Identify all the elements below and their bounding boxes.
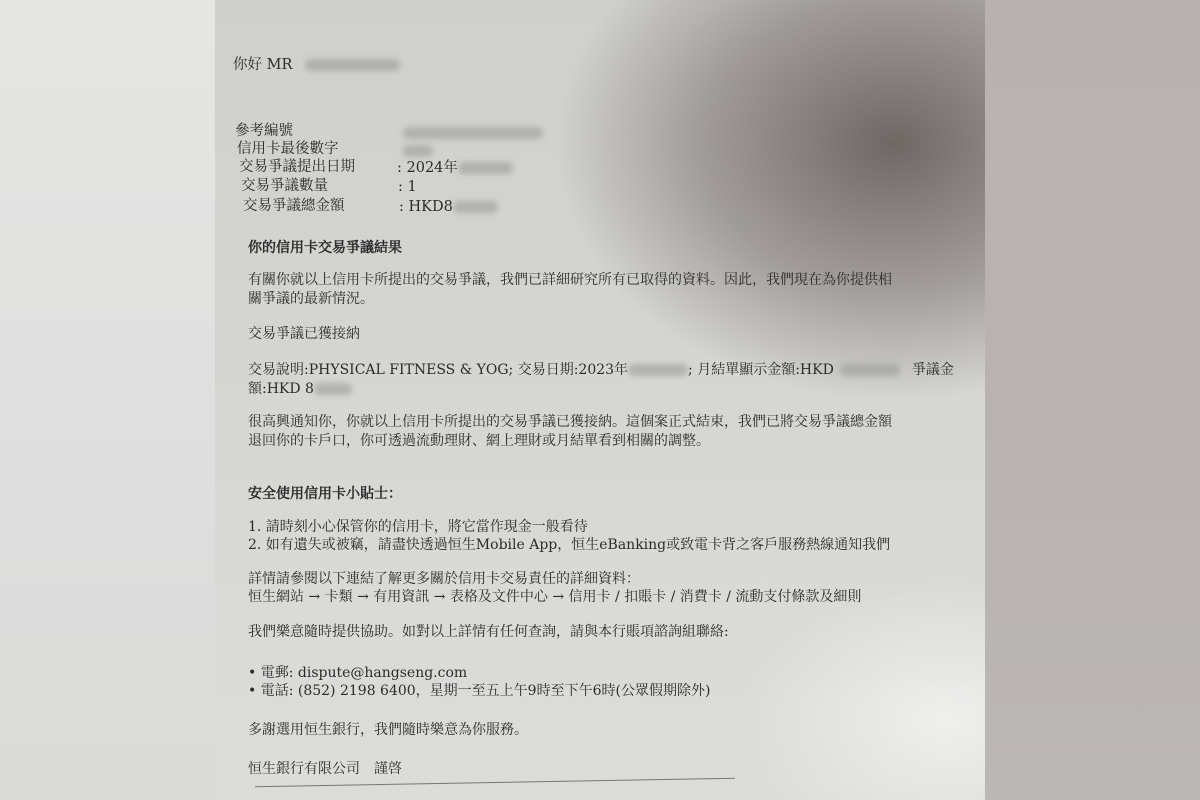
intro-line-1: 有關你就以上信用卡所提出的交易爭議，我們已詳細研究所有已取得的資料。因此，我們現… — [248, 271, 892, 289]
thanks-line: 多謝選用恒生銀行，我們隨時樂意為你服務。 — [248, 721, 528, 739]
notice-line-2: 退回你的卡戶口，你可透過流動理財、網上理財或月結單看到相關的調整。 — [248, 432, 710, 450]
contact-intro: 我們樂意隨時提供協助。如對以上詳情有任何查詢，請與本行賬項諮詢組聯絡: — [248, 623, 729, 641]
field-label-card-last-digits: 信用卡最後數字 — [237, 140, 339, 158]
signature-divider — [255, 778, 735, 787]
intro-line-2: 關爭議的最新情況。 — [248, 290, 374, 308]
contact-email: • 電郵: dispute@hangseng.com — [248, 664, 467, 682]
tip-item: 1. 請時刻小心保管你的信用卡，將它當作現金一般看待 — [248, 518, 588, 536]
transaction-description-line-2: 額:HKD 8 — [248, 380, 352, 398]
details-path: 恒生網站 → 卡類 → 有用資訊 → 表格及文件中心 → 信用卡 / 扣賬卡 /… — [248, 588, 861, 606]
contact-phone: • 電話: (852) 2198 6400，星期一至五上午9時至下午6時(公眾假… — [248, 682, 710, 700]
redacted-transaction-date — [628, 364, 688, 376]
blurred-background-right — [985, 0, 1200, 800]
dispute-result-letter: 你好 MR 參考編號 信用卡最後數字 交易爭議提出日期 : 2024年 交易爭議… — [215, 0, 985, 800]
redacted-amount — [453, 201, 498, 213]
tips-heading: 安全使用信用卡小貼士： — [248, 485, 402, 503]
blurred-background-left — [0, 0, 215, 800]
redacted-name — [305, 59, 400, 71]
redacted-disputed-amount — [314, 383, 352, 395]
field-value-dispute-total: : HKD8 — [399, 198, 498, 216]
result-heading: 你的信用卡交易爭議結果 — [248, 239, 402, 257]
transaction-description: 交易說明:PHYSICAL FITNESS & YOG; 交易日期:2023年;… — [248, 361, 954, 379]
redacted-reference-number — [403, 127, 543, 139]
field-label-dispute-count: 交易爭議數量 — [241, 177, 328, 195]
notice-line-1: 很高興通知你，你就以上信用卡所提出的交易爭議已獲接納。這個案正式結束，我們已將交… — [248, 413, 892, 431]
dispute-status: 交易爭議已獲接納 — [248, 325, 360, 343]
field-label-reference: 參考編號 — [235, 122, 293, 140]
field-value-dispute-count: : 1 — [398, 178, 417, 196]
field-label-dispute-total: 交易爭議總金額 — [243, 197, 345, 215]
tip-item: 2. 如有遺失或被竊，請盡快透過恒生Mobile App，恒生eBanking或… — [248, 536, 890, 554]
redacted-statement-amount — [840, 364, 900, 376]
redacted-date — [458, 162, 513, 174]
field-value-dispute-date: : 2024年 — [397, 159, 513, 177]
details-line-1: 詳情請參閱以下連結了解更多關於信用卡交易責任的詳細資料： — [248, 570, 640, 588]
signature: 恒生銀行有限公司 謹啓 — [248, 760, 402, 778]
greeting: 你好 MR — [233, 56, 400, 74]
redacted-card-digits — [403, 145, 433, 157]
field-label-dispute-date: 交易爭議提出日期 — [239, 158, 355, 176]
